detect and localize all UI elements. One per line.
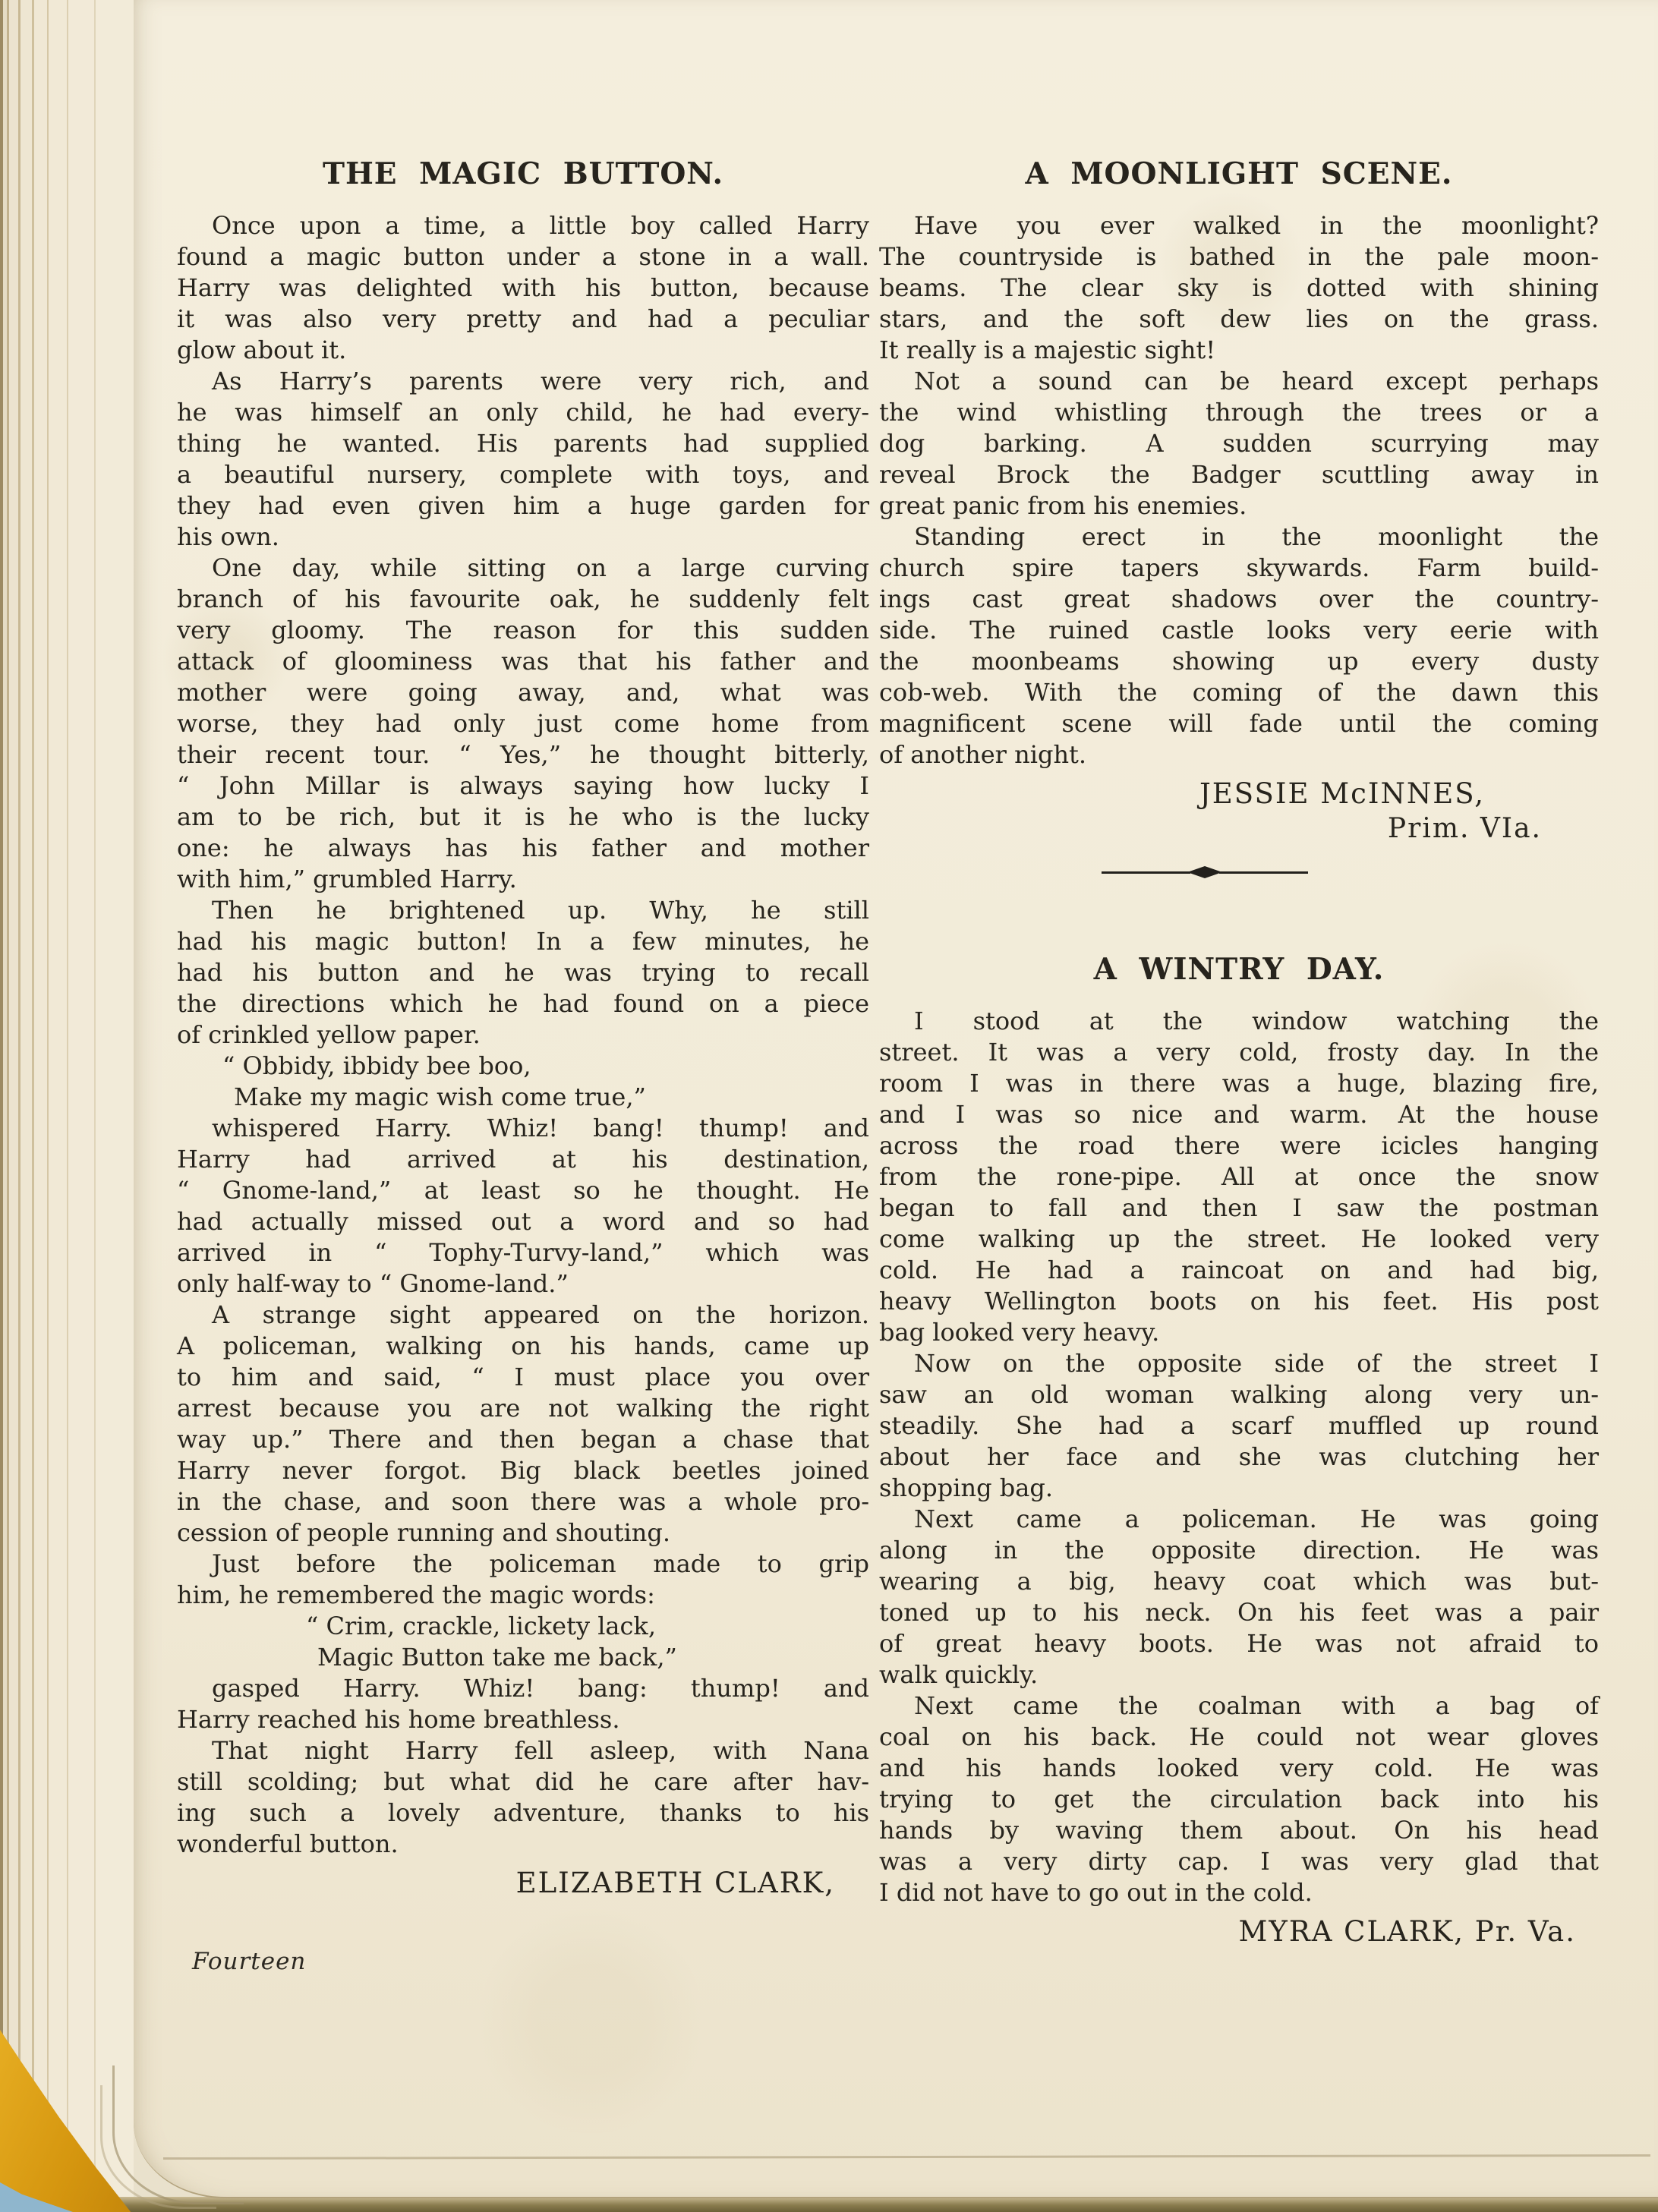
paragraph: Next came the coalman with a bag ofcoal … [879,1691,1599,1908]
text-line: stars, and the soft dew lies on the gras… [879,304,1599,335]
text-line: Harry was delighted with his button, bec… [177,273,869,304]
paragraph: As Harry’s parents were very rich, andhe… [177,366,869,553]
divider-diamond-icon [1187,866,1222,878]
paragraph: That night Harry fell asleep, with Nanas… [177,1735,869,1860]
text-line: glow about it. [177,335,869,366]
text-line: Harry reached his home breathless. [177,1704,869,1735]
author-signature: Prim. VIa. [879,811,1599,846]
text-line: come walking up the street. He looked ve… [879,1224,1599,1255]
text-line: A policeman, walking on his hands, came … [177,1331,869,1362]
text-line: of another night. [879,739,1599,770]
text-line: thing he wanted. His parents had supplie… [177,428,869,459]
text-line: and I was so nice and warm. At the house [879,1099,1599,1130]
page-number-label: Fourteen [192,1948,306,1975]
text-line: ings cast great shadows over the country… [879,584,1599,615]
text-line: his own. [177,521,869,553]
text-line: of great heavy boots. He was not afraid … [879,1628,1599,1659]
author-signature: JESSIE McINNES, [879,777,1599,811]
text-line: wearing a big, heavy coat which was but- [879,1566,1599,1597]
paragraph: Now on the opposite side of the street I… [879,1348,1599,1504]
text-line: reveal Brock the Badger scuttling away i… [879,459,1599,490]
text-line: they had even given him a huge garden fo… [177,490,869,521]
text-line: and his hands looked very cold. He was [879,1753,1599,1784]
paragraph: Next came a policeman. He was goingalong… [879,1504,1599,1691]
text-line: Now on the opposite side of the street I [879,1348,1599,1379]
text-line: in the chase, and soon there was a whole… [177,1486,869,1517]
text-line: it was also very pretty and had a peculi… [177,304,869,335]
section-divider-ornament [1102,866,1308,878]
paragraph: whispered Harry. Whiz! bang! thump! andH… [177,1113,869,1300]
text-line: one: he always has his father and mother [177,833,869,864]
text-line: dog barking. A sudden scurrying may [879,428,1599,459]
text-line: beams. The clear sky is dotted with shin… [879,273,1599,304]
text-line: the wind whistling through the trees or … [879,397,1599,428]
paragraph: A strange sight appeared on the horizon.… [177,1300,869,1549]
text-line: was a very dirty cap. I was very glad th… [879,1846,1599,1877]
text-line: That night Harry fell asleep, with Nana [177,1735,869,1766]
text-line: steadily. She had a scarf muffled up rou… [879,1410,1599,1442]
text-line: church spire tapers skywards. Farm build… [879,553,1599,584]
text-line: coal on his back. He could not wear glov… [879,1722,1599,1753]
text-line: It really is a majestic sight! [879,335,1599,366]
paragraph: Just before the policeman made to griphi… [177,1549,869,1611]
text-line: The countryside is bathed in the pale mo… [879,241,1599,273]
text-line: attack of gloominess was that his father… [177,646,869,677]
text-line: still scolding; but what did he care aft… [177,1766,869,1798]
text-line: heavy Wellington boots on his feet. His … [879,1286,1599,1317]
text-line: Standing erect in the moonlight the [879,521,1599,553]
paragraph: Have you ever walked in the moonlight?Th… [879,210,1599,366]
text-line: worse, they had only just come home from [177,708,869,739]
text-line: from the rone-pipe. All at once the snow [879,1161,1599,1193]
text-line: room I was in there was a huge, blazing … [879,1068,1599,1099]
story-title: THE MAGIC BUTTON. [177,156,869,192]
text-line: along in the opposite direction. He was [879,1535,1599,1566]
text-line: great panic from his enemies. [879,490,1599,521]
text-line: Magic Button take me back,” [177,1642,869,1673]
text-line: Harry had arrived at his destination, [177,1144,869,1175]
author-signature: ELIZABETH CLARK, [177,1866,869,1901]
text-line: whispered Harry. Whiz! bang! thump! and [177,1113,869,1144]
text-line: shopping bag. [879,1473,1599,1504]
text-line: side. The ruined castle looks very eerie… [879,615,1599,646]
author-signature: MYRA CLARK, Pr. Va. [879,1914,1599,1949]
text-line: found a magic button under a stone in a … [177,241,869,273]
text-line: the moonbeams showing up every dusty [879,646,1599,677]
text-line: began to fall and then I saw the postman [879,1193,1599,1224]
text-line: I did not have to go out in the cold. [879,1877,1599,1908]
text-line: cob-web. With the coming of the dawn thi… [879,677,1599,708]
text-line: with him,” grumbled Harry. [177,864,869,895]
book-page-edges [0,0,134,2212]
text-line: A strange sight appeared on the horizon. [177,1300,869,1331]
paragraph: I stood at the window watching thestreet… [879,1006,1599,1348]
paragraph: Standing erect in the moonlight thechurc… [879,521,1599,770]
text-line: had his magic button! In a few minutes, … [177,926,869,957]
text-line: walk quickly. [879,1659,1599,1691]
text-line: street. It was a very cold, frosty day. … [879,1037,1599,1068]
paragraph: Not a sound can be heard except perhapst… [879,366,1599,521]
text-line: only half-way to “ Gnome-land.” [177,1268,869,1300]
text-line: cession of people running and shouting. [177,1517,869,1549]
text-line: cold. He had a raincoat on and had big, [879,1255,1599,1286]
text-line: “ John Millar is always saying how lucky… [177,770,869,802]
text-line: Next came a policeman. He was going [879,1504,1599,1535]
text-line: Not a sound can be heard except perhaps [879,366,1599,397]
paragraph: gasped Harry. Whiz! bang: thump! andHarr… [177,1673,869,1735]
text-line: of crinkled yellow paper. [177,1019,869,1051]
text-line: arrest because you are not walking the r… [177,1393,869,1424]
text-line: magnificent scene will fade until the co… [879,708,1599,739]
text-line: Next came the coalman with a bag of [879,1691,1599,1722]
verse: “ Obbidy, ibbidy bee boo,Make my magic w… [177,1051,869,1113]
text-line: Make my magic wish come true,” [177,1082,869,1113]
text-line: had his button and he was trying to reca… [177,957,869,988]
text-line: across the road there were icicles hangi… [879,1130,1599,1161]
text-line: Have you ever walked in the moonlight? [879,210,1599,241]
text-line: Then he brightened up. Why, he still [177,895,869,926]
text-line: wonderful button. [177,1829,869,1860]
text-line: I stood at the window watching the [879,1006,1599,1037]
paragraph: Once upon a time, a little boy called Ha… [177,210,869,366]
paragraph: Then he brightened up. Why, he stillhad … [177,895,869,1051]
verse: “ Crim, crackle, lickety lack,Magic Butt… [177,1611,869,1673]
text-line: ing such a lovely adventure, thanks to h… [177,1798,869,1829]
text-line: “ Gnome-land,” at least so he thought. H… [177,1175,869,1206]
text-line: branch of his favourite oak, he suddenly… [177,584,869,615]
text-line: to him and said, “ I must place you over [177,1362,869,1393]
text-line: “ Obbidy, ibbidy bee boo, [177,1051,869,1082]
column-right: A MOONLIGHT SCENE.Have you ever walked i… [879,156,1599,1949]
column-left: THE MAGIC BUTTON.Once upon a time, a lit… [177,156,869,1901]
text-line: hands by waving them about. On his head [879,1815,1599,1846]
divider-line [1102,871,1190,874]
text-line: their recent tour. “ Yes,” he thought bi… [177,739,869,770]
bottom-page-stack-edge [99,2197,1658,2212]
text-line: trying to get the circulation back into … [879,1784,1599,1815]
text-line: One day, while sitting on a large curvin… [177,553,869,584]
text-line: As Harry’s parents were very rich, and [177,366,869,397]
text-line: about her face and she was clutching her [879,1442,1599,1473]
text-line: am to be rich, but it is he who is the l… [177,802,869,833]
story-title: A WINTRY DAY. [879,951,1599,988]
text-line: way up.” There and then began a chase th… [177,1424,869,1455]
text-line: Just before the policeman made to grip [177,1549,869,1580]
text-line: gasped Harry. Whiz! bang: thump! and [177,1673,869,1704]
text-line: arrived in “ Tophy-Turvy-land,” which wa… [177,1237,869,1268]
text-line: a beautiful nursery, complete with toys,… [177,459,869,490]
text-line: him, he remembered the magic words: [177,1580,869,1611]
divider-line [1219,871,1308,874]
text-line: mother were going away, and, what was [177,677,869,708]
text-line: had actually missed out a word and so ha… [177,1206,869,1237]
paragraph: One day, while sitting on a large curvin… [177,553,869,895]
text-line: toned up to his neck. On his feet was a … [879,1597,1599,1628]
text-line: saw an old woman walking along very un- [879,1379,1599,1410]
text-line: Once upon a time, a little boy called Ha… [177,210,869,241]
text-line: Harry never forgot. Big black beetles jo… [177,1455,869,1486]
text-line: “ Crim, crackle, lickety lack, [177,1611,869,1642]
text-line: very gloomy. The reason for this sudden [177,615,869,646]
text-line: bag looked very heavy. [879,1317,1599,1348]
text-line: the directions which he had found on a p… [177,988,869,1019]
story-title: A MOONLIGHT SCENE. [879,156,1599,192]
text-line: he was himself an only child, he had eve… [177,397,869,428]
